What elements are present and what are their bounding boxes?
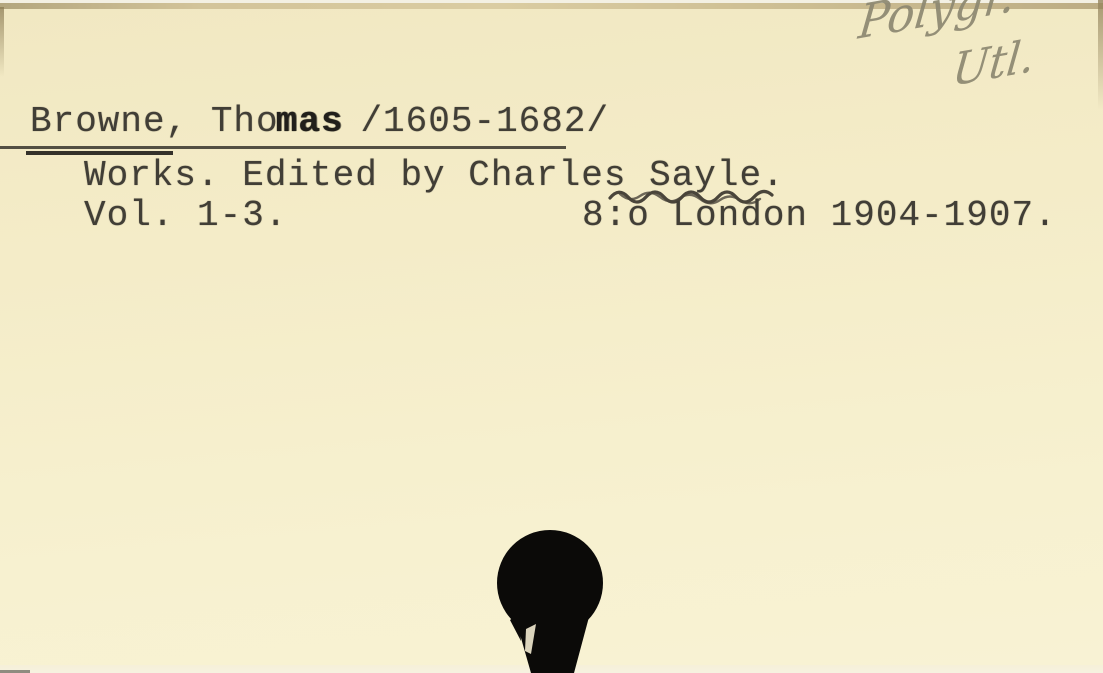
hole-punch (485, 525, 620, 673)
author-heading-dates: /1605-1682/ (360, 101, 609, 142)
imprint-statement: 8:o London 1904-1907. (582, 197, 1057, 235)
heading-underline (0, 146, 566, 149)
catalog-card-scan: Polygr. Utl. Browne, Thomas/1605-1682/ W… (0, 0, 1103, 673)
author-heading-overstruck: mas (276, 101, 344, 142)
title-line-prefix: Works. Edited by Charles (84, 155, 649, 196)
scan-edge-right (1098, 0, 1103, 110)
volume-statement: Vol. 1-3. (84, 197, 287, 235)
pencil-annotation-location: Utl. (950, 30, 1037, 97)
author-heading-part1: Browne, Tho (30, 101, 279, 142)
scan-edge-left (0, 7, 4, 77)
author-heading: Browne, Thomas/1605-1682/ (30, 103, 609, 141)
